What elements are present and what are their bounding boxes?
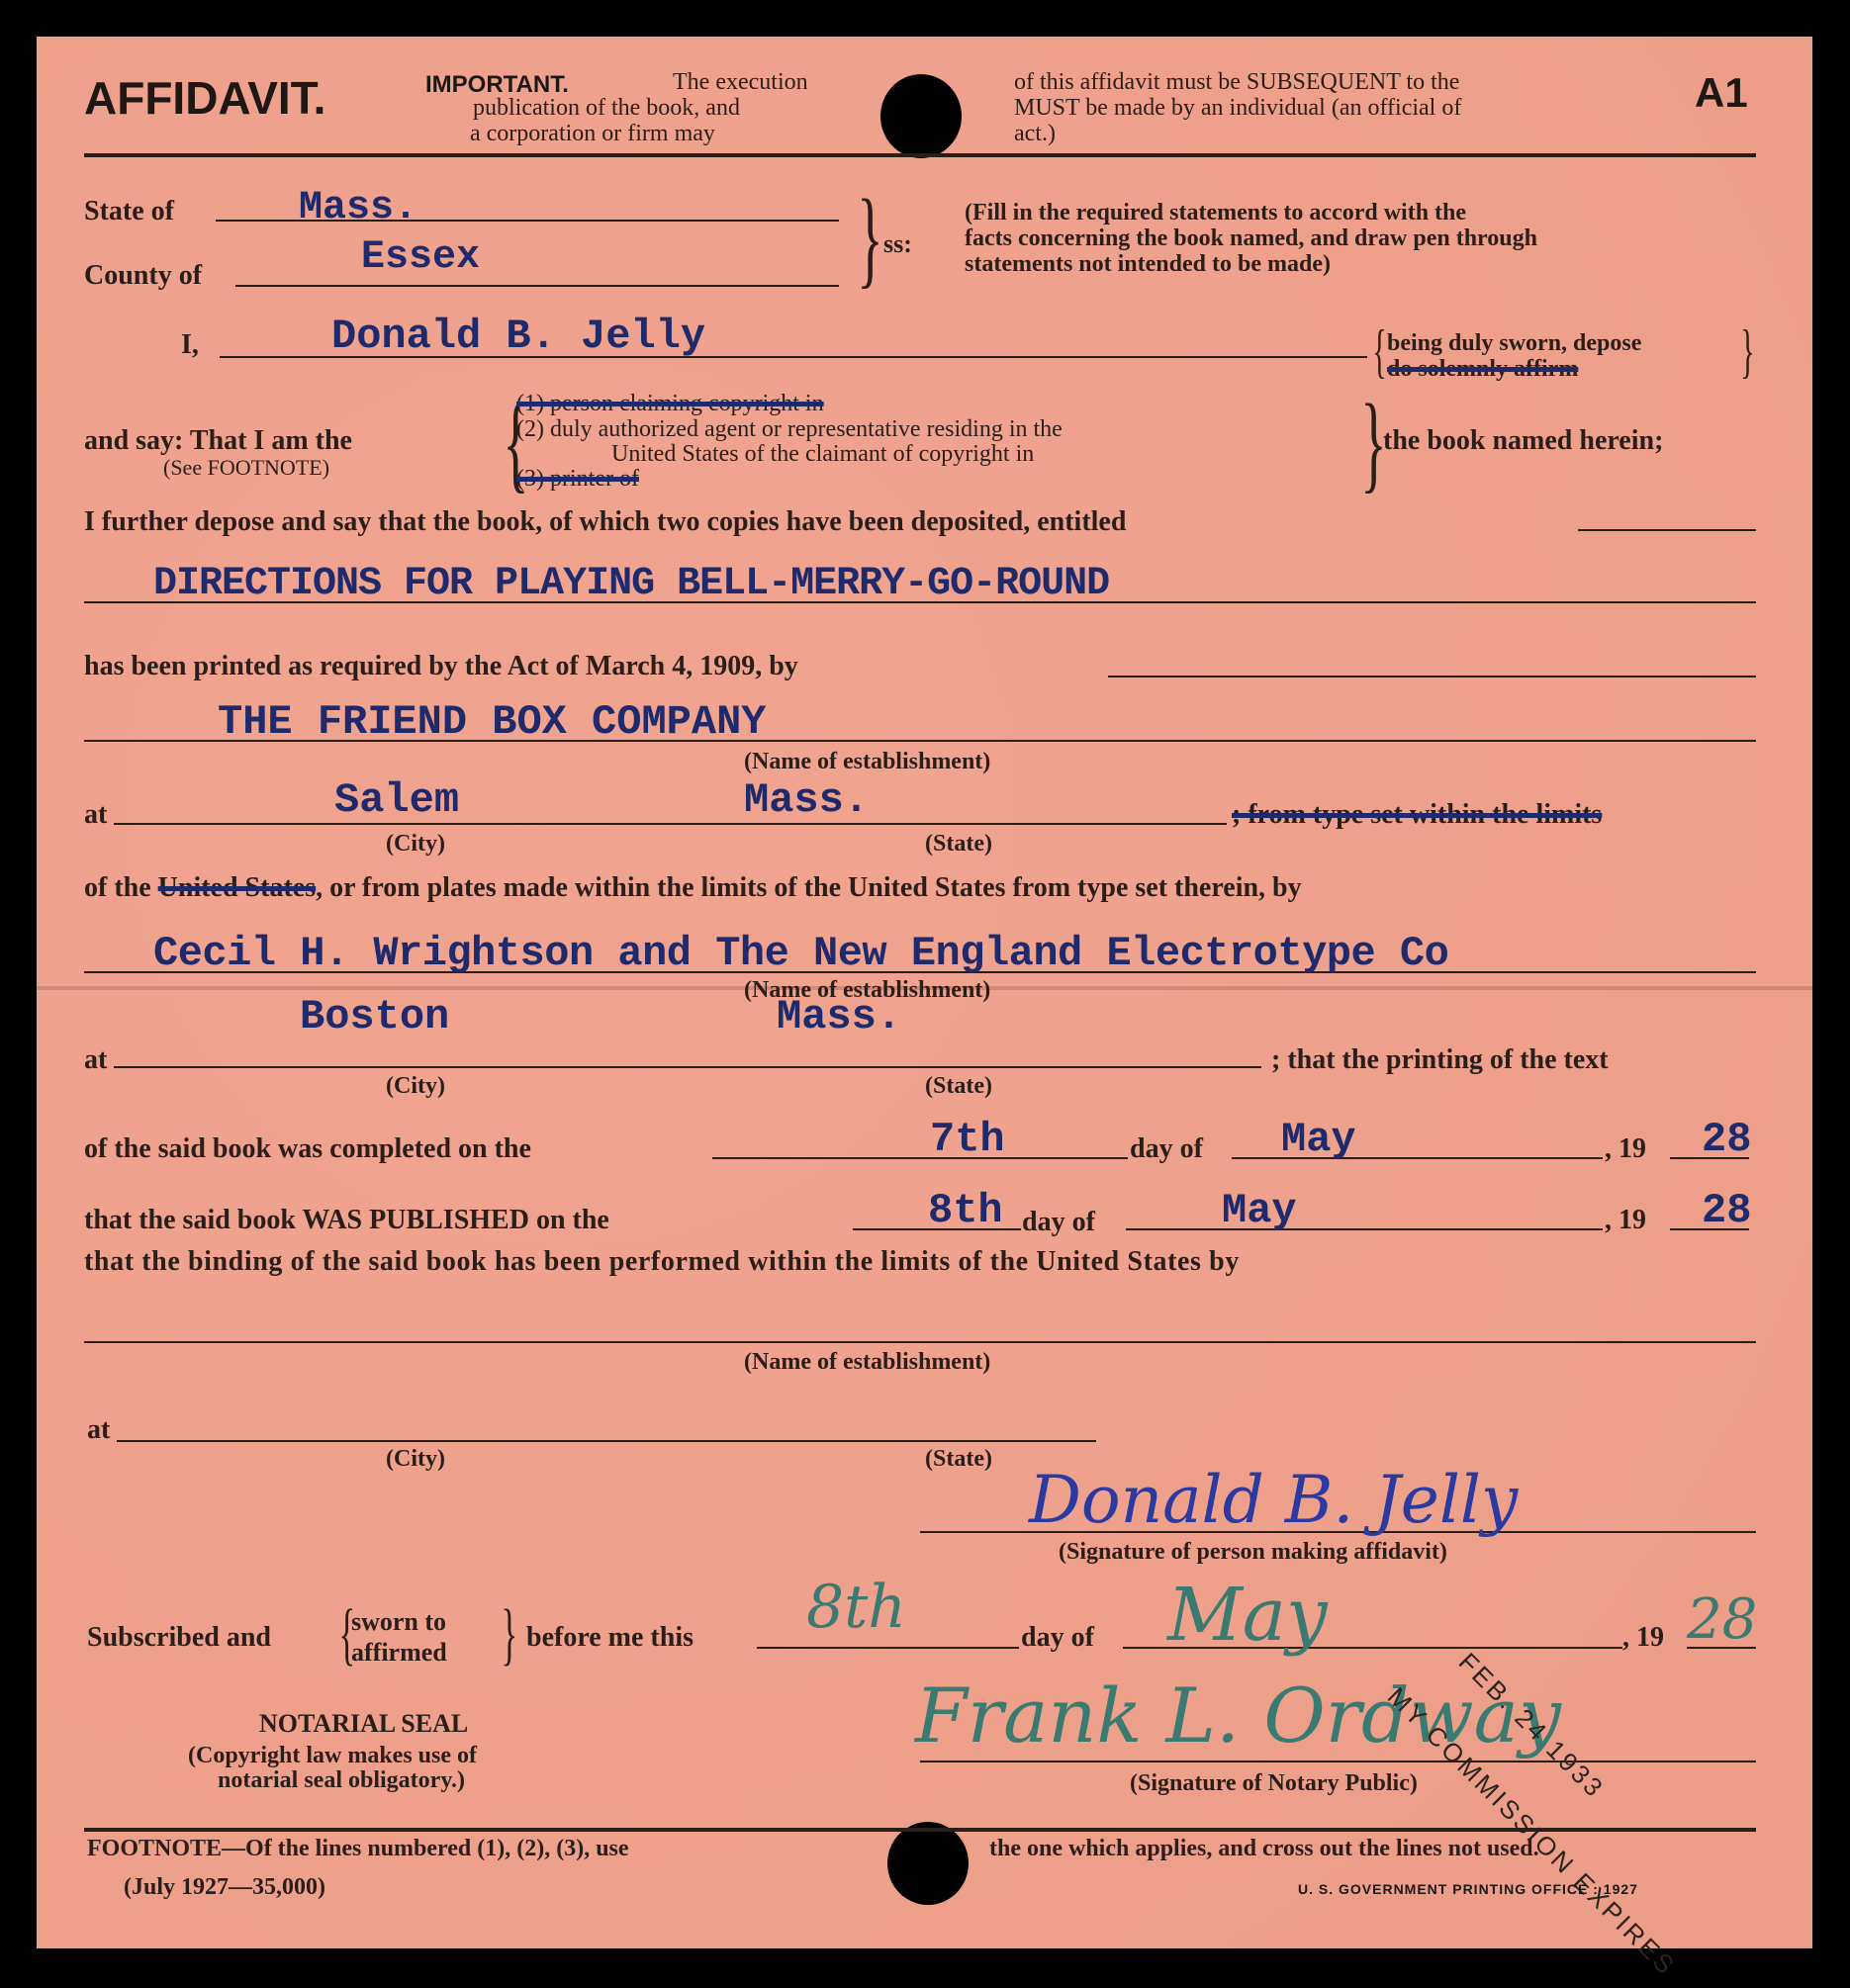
jurat-option-affirmed: affirmed	[351, 1638, 447, 1668]
typesetter-continuation: ; that the printing of the text	[1271, 1044, 1609, 1076]
gpo-imprint: U. S. GOVERNMENT PRINTING OFFICE : 1927	[1298, 1881, 1638, 1897]
form-title: AFFIDAVIT.	[84, 71, 325, 125]
completed-label: of the said book was completed on the	[84, 1133, 531, 1165]
printer-state-caption: (State)	[925, 831, 992, 858]
notary-signature-caption: (Signature of Notary Public)	[1130, 1770, 1418, 1797]
instruction-line-1: (Fill in the required statements to acco…	[965, 200, 1466, 226]
printer-location-line	[114, 823, 1227, 825]
printer-city-caption: (City)	[386, 831, 445, 858]
form-code: A1	[1695, 69, 1748, 117]
completed-year[interactable]: 28	[1702, 1116, 1751, 1163]
printer-line-2-rest: , or from plates made within the limits …	[316, 872, 1302, 903]
notary-signature-line	[920, 1761, 1756, 1762]
jurat-option-sworn: sworn to	[351, 1607, 446, 1637]
binding-location-line[interactable]	[117, 1440, 1096, 1442]
notice-right-line-2: MUST be made by an individual (an offici…	[1014, 95, 1461, 122]
county-line	[235, 285, 839, 287]
completed-month[interactable]: May	[1281, 1116, 1356, 1163]
published-day[interactable]: 8th	[928, 1187, 1003, 1234]
published-year-prefix: , 19	[1605, 1205, 1646, 1236]
binding-name-line[interactable]	[84, 1341, 1756, 1343]
typesetter-state[interactable]: Mass.	[777, 993, 901, 1040]
notice-right-line-3: act.)	[1014, 121, 1056, 147]
binding-intro: that the binding of the said book has be…	[84, 1246, 1240, 1278]
published-year[interactable]: 28	[1702, 1187, 1751, 1234]
book-title[interactable]: DIRECTIONS FOR PLAYING BELL-MERRY-GO-ROU…	[153, 562, 1109, 606]
footnote-right: the one which applies, and cross out the…	[989, 1836, 1539, 1862]
completed-day[interactable]: 7th	[930, 1116, 1005, 1163]
published-label: that the said book WAS PUBLISHED on the	[84, 1205, 609, 1236]
binding-city-caption: (City)	[386, 1446, 445, 1473]
header-divider	[84, 153, 1756, 157]
oath-brace-open: {	[1372, 321, 1386, 381]
jurat-brace-close: }	[501, 1600, 517, 1670]
capacity-option-1-struck: (1) person claiming copyright in	[516, 391, 824, 417]
instruction-line-2: facts concerning the book named, and dra…	[965, 226, 1537, 252]
printer-state[interactable]: Mass.	[744, 776, 869, 824]
jurat-year-prefix: , 19	[1622, 1622, 1664, 1654]
notarial-seal-title: NOTARIAL SEAL	[259, 1709, 468, 1739]
affiant-name[interactable]: Donald B. Jelly	[331, 313, 705, 360]
state-value[interactable]: Mass.	[299, 186, 417, 230]
oath-brace-close: }	[1740, 321, 1754, 381]
binding-state-caption: (State)	[925, 1446, 992, 1473]
book-intro-line	[1578, 529, 1756, 531]
footnote-left: FOOTNOTE—Of the lines numbered (1), (2),…	[87, 1836, 629, 1862]
jurat-year[interactable]: 28	[1687, 1587, 1757, 1652]
typesetter-city[interactable]: Boston	[300, 993, 449, 1040]
printer-name[interactable]: THE FRIEND BOX COMPANY	[218, 698, 767, 746]
affiant-signature[interactable]: Donald B. Jelly	[1029, 1462, 1518, 1538]
jurat-month[interactable]: May	[1167, 1573, 1328, 1658]
binding-at-label: at	[87, 1414, 110, 1446]
notarial-seal-note-1: (Copyright law makes use of	[188, 1743, 477, 1769]
typesetter-at-label: at	[84, 1044, 107, 1076]
county-value[interactable]: Essex	[361, 235, 480, 280]
completed-day-line	[712, 1157, 1128, 1159]
jurat-prefix: Subscribed and	[87, 1622, 271, 1654]
oath-option-affirm-struck: do solemnly affirm	[1387, 356, 1578, 383]
published-day-of: day of	[1022, 1207, 1095, 1238]
printer-city[interactable]: Salem	[334, 776, 459, 824]
affiant-prefix: I,	[181, 329, 199, 361]
printer-line-2-prefix: of the	[84, 872, 158, 903]
typesetter-state-caption: (State)	[925, 1073, 992, 1100]
binding-name-caption: (Name of establishment)	[744, 1349, 990, 1376]
printer-name-caption: (Name of establishment)	[744, 749, 990, 775]
notice-left-line-3: a corporation or firm may	[470, 121, 715, 147]
venue-brace: }	[857, 183, 882, 292]
completed-day-of: day of	[1130, 1133, 1203, 1165]
published-month[interactable]: May	[1222, 1187, 1297, 1234]
notice-right-line-1: of this affidavit must be SUBSEQUENT to …	[1014, 69, 1459, 96]
state-label: State of	[84, 196, 174, 227]
printer-continuation-struck: ; from type set within the limits	[1232, 799, 1602, 831]
capacity-option-2-line-2: United States of the claimant of copyrig…	[611, 441, 1034, 468]
printer-intro-line	[1108, 676, 1756, 678]
edition-note: (July 1927—35,000)	[124, 1874, 325, 1901]
instruction-line-3: statements not intended to be made)	[965, 251, 1331, 278]
notice-left-line-2: publication of the book, and	[473, 95, 740, 122]
notarial-seal-note-2: notarial seal obligatory.)	[218, 1767, 465, 1794]
printer-at-label: at	[84, 799, 107, 831]
capacity-option-2-line-1: (2) duly authorized agent or representat…	[516, 416, 1063, 443]
notice-left-line-1: The execution	[673, 69, 808, 96]
see-footnote: (See FOOTNOTE)	[163, 455, 329, 481]
punch-hole-bottom	[887, 1822, 969, 1905]
footer-divider	[84, 1828, 1756, 1832]
affiant-signature-caption: (Signature of person making affidavit)	[1059, 1539, 1447, 1566]
published-month-line	[1126, 1228, 1603, 1230]
completed-year-prefix: , 19	[1605, 1133, 1646, 1165]
printer-line-2: of the United States, or from plates mad…	[84, 872, 1302, 904]
printer-line-2-struck: United States	[158, 872, 316, 903]
capacity-label: and say: That I am the	[84, 425, 352, 457]
typesetter-name[interactable]: Cecil H. Wrightson and The New England E…	[153, 930, 1448, 977]
typesetter-location-line	[114, 1066, 1261, 1068]
jurat-day-line	[757, 1647, 1019, 1649]
book-intro: I further depose and say that the book, …	[84, 506, 1126, 538]
jurat-day[interactable]: 8th	[806, 1573, 906, 1642]
oath-option-sworn: being duly sworn, depose	[1387, 330, 1641, 357]
jurat-middle: before me this	[526, 1622, 694, 1654]
capacity-suffix: the book named herein;	[1383, 425, 1663, 457]
capacity-option-3-struck: (3) printer of	[516, 466, 639, 493]
punch-hole-top	[880, 74, 962, 158]
printer-intro: has been printed as required by the Act …	[84, 651, 798, 682]
county-label: County of	[84, 260, 202, 292]
typesetter-city-caption: (City)	[386, 1073, 445, 1100]
jurat-day-of: day of	[1021, 1622, 1094, 1654]
ss-label: ss:	[883, 229, 912, 259]
